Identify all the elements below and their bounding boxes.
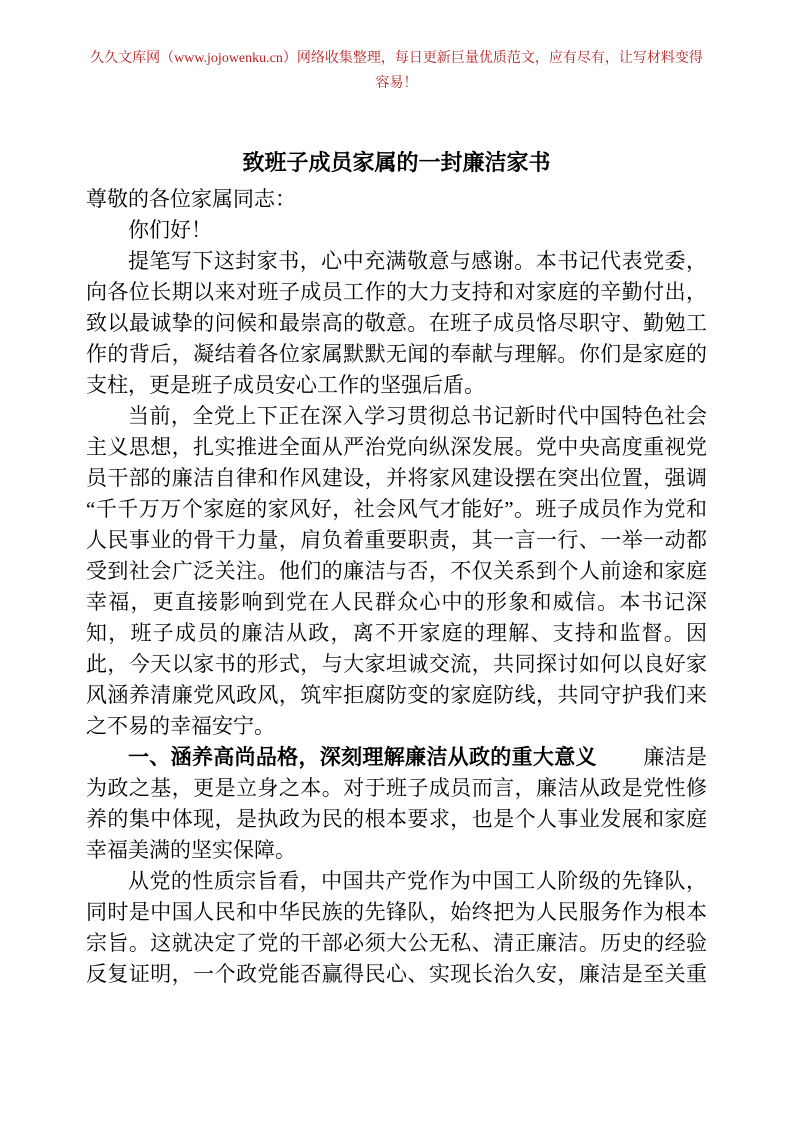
watermark-line-1: 久久文库网（www.jojowenku.cn）网络收集整理，每日更新巨量优质范文…	[86, 46, 707, 71]
document-page: 久久文库网（www.jojowenku.cn）网络收集整理，每日更新巨量优质范文…	[0, 0, 793, 1122]
section-1-heading: 一、涵养高尚品格，深刻理解廉洁从政的重大意义	[128, 745, 597, 769]
watermark-header: 久久文库网（www.jojowenku.cn）网络收集整理，每日更新巨量优质范文…	[86, 46, 707, 96]
paragraph-section-1: 一、涵养高尚品格，深刻理解廉洁从政的重大意义廉洁是为政之基，更是立身之本。对于班…	[86, 742, 707, 866]
document-title: 致班子成员家属的一封廉洁家书	[86, 148, 707, 178]
salutation: 尊敬的各位家属同志：	[86, 184, 707, 215]
greeting: 你们好！	[86, 215, 707, 246]
paragraph-party-nature: 从党的性质宗旨看，中国共产党作为中国工人阶级的先锋队，同时是中国人民和中华民族的…	[86, 866, 707, 990]
paragraph-intro: 提笔写下这封家书，心中充满敬意与感谢。本书记代表党委，向各位长期以来对班子成员工…	[86, 246, 707, 401]
paragraph-current-situation: 当前，全党上下正在深入学习贯彻总书记新时代中国特色社会主义思想，扎实推进全面从严…	[86, 401, 707, 742]
document-body: 尊敬的各位家属同志： 你们好！ 提笔写下这封家书，心中充满敬意与感谢。本书记代表…	[86, 184, 707, 990]
watermark-line-2: 容易！	[86, 71, 707, 96]
